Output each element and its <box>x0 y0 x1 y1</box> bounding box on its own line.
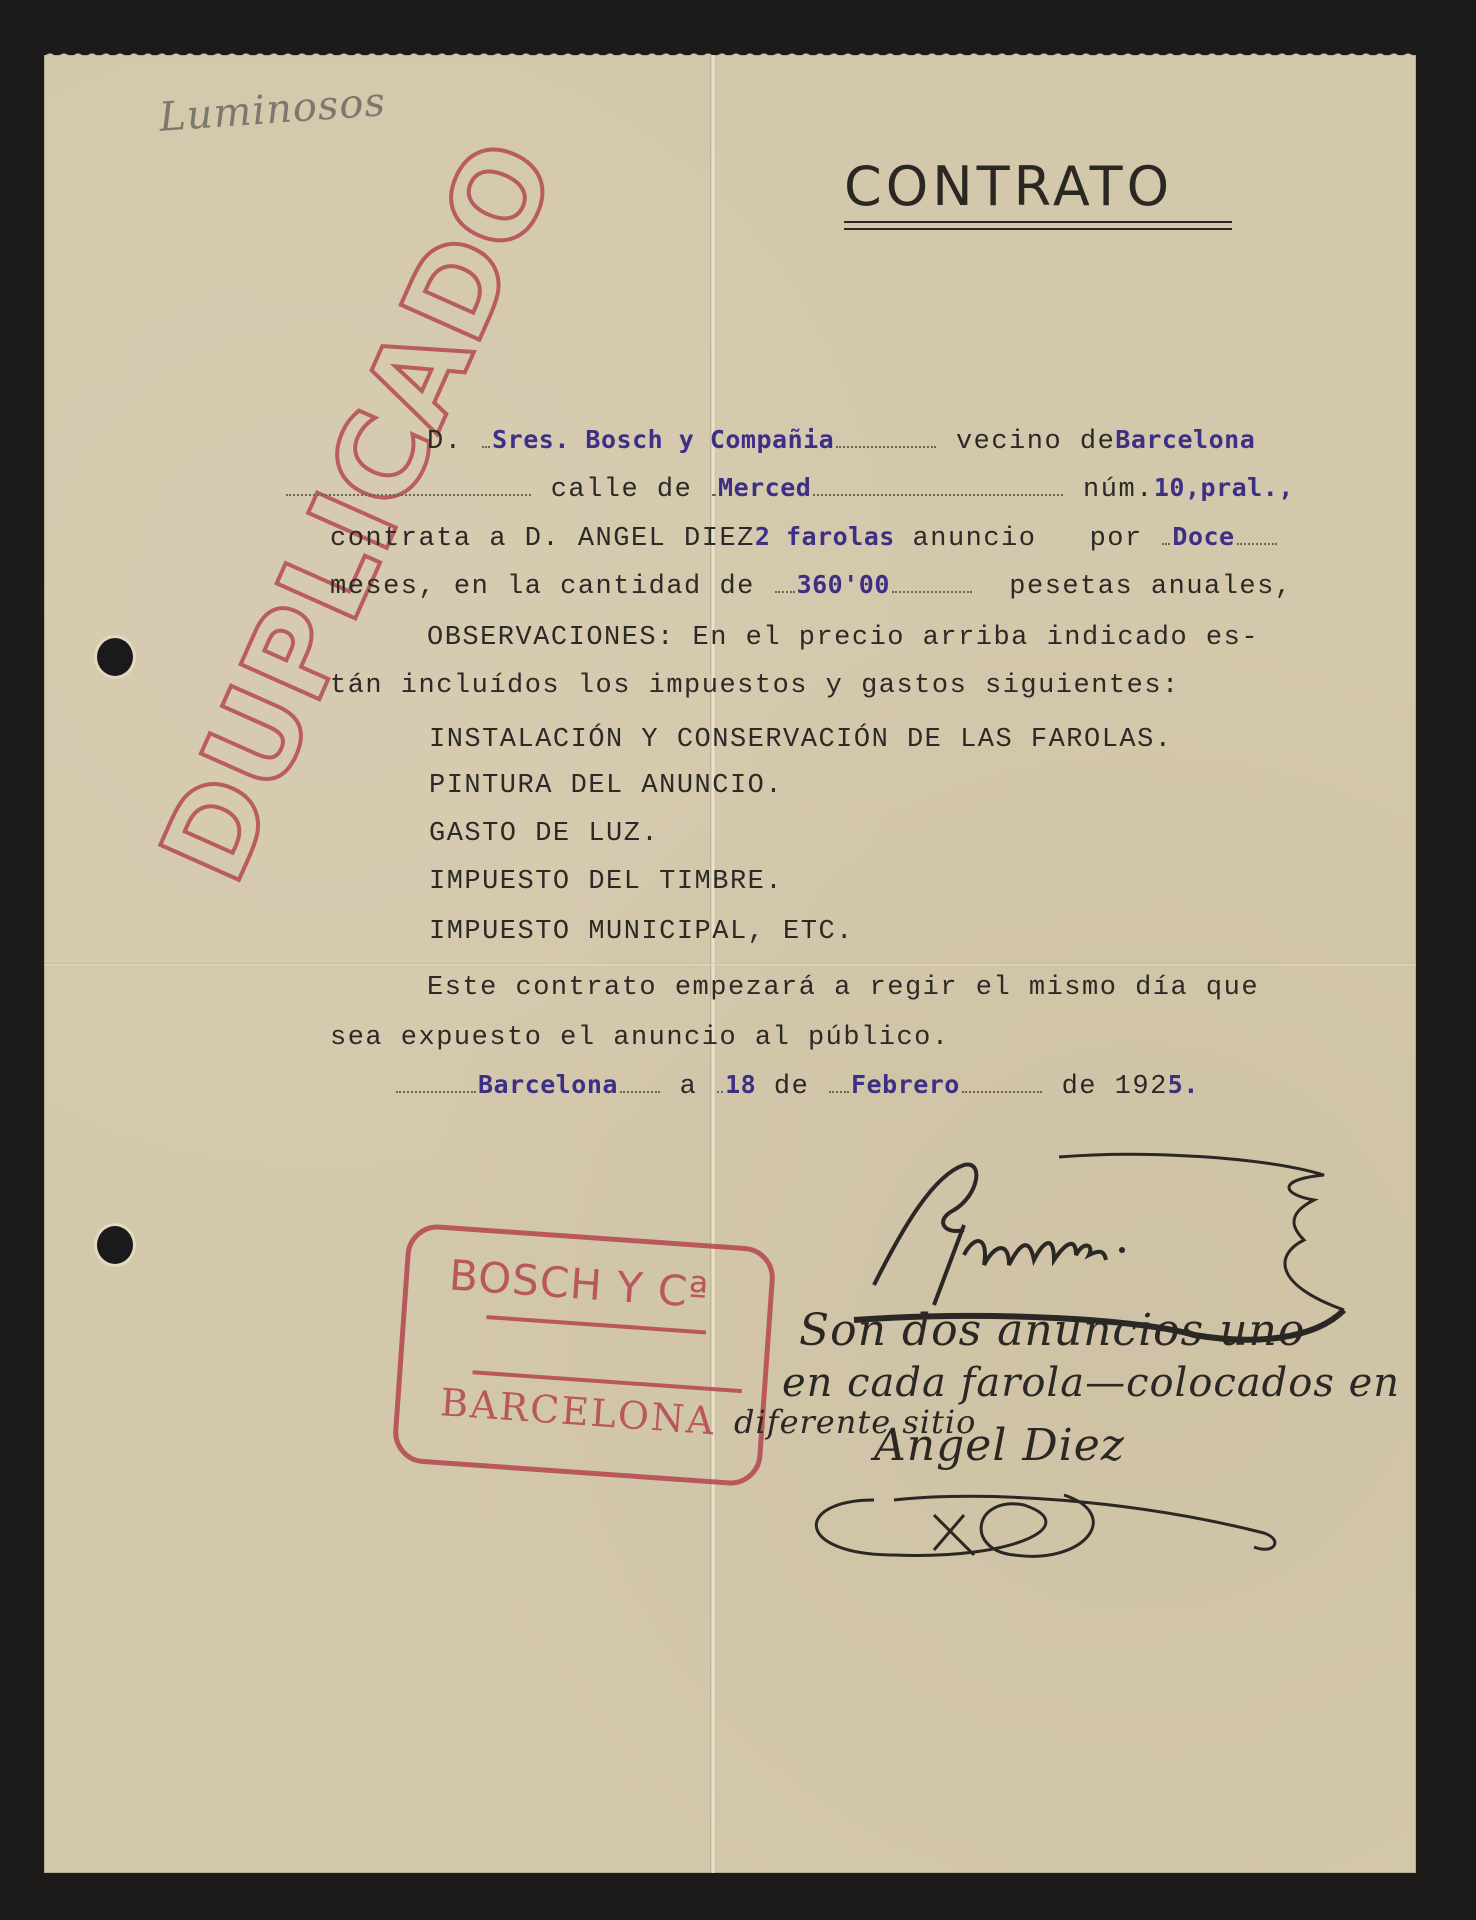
party-name: Sres. Bosch y Compañia <box>492 425 834 454</box>
pencil-annotation: Luminosos <box>158 79 388 141</box>
address-line: calle de Merced núm.10,pral., <box>284 473 1294 505</box>
amount: 360'00 <box>797 570 890 599</box>
de-label: de <box>774 1072 809 1102</box>
resident-label: vecino de <box>956 427 1115 457</box>
company-stamp: BOSCH Y Cª BARCELONA <box>391 1222 777 1487</box>
date-line: Barcelona a 18 de Febrero de 1925. <box>394 1070 1199 1102</box>
number-label: núm. <box>1083 475 1154 505</box>
date-month: Febrero <box>851 1070 960 1099</box>
observations-line-1: OBSERVACIONES: En el precio arriba indic… <box>427 623 1259 653</box>
party-city: Barcelona <box>1115 425 1255 454</box>
document-title: CONTRATO <box>844 155 1173 218</box>
prefix: D. <box>427 427 462 457</box>
months-label: meses, en la cantidad de <box>330 572 755 602</box>
party-line: D. Sres. Bosch y Compañia vecino deBarce… <box>427 425 1255 457</box>
punch-hole-icon <box>97 1226 133 1264</box>
street-number: 10,pral., <box>1154 473 1294 502</box>
handwritten-note-line-1: Son dos anuncios uno <box>799 1305 1305 1356</box>
street-name: Merced <box>718 473 811 502</box>
validity-line-2: sea expuesto el anuncio al público. <box>330 1023 950 1053</box>
observation-item: PINTURA DEL ANUNCIO. <box>429 771 783 801</box>
title-underline <box>844 221 1232 223</box>
year-prefix: de 192 <box>1062 1072 1168 1102</box>
horizontal-fold-line <box>44 963 1416 967</box>
observation-item: GASTO DE LUZ. <box>429 819 659 849</box>
stamp-city: BARCELONA <box>439 1380 717 1443</box>
document-page: Luminosos CONTRATO DUPLICADO D. Sres. Bo… <box>44 55 1416 1873</box>
observation-item: IMPUESTO DEL TIMBRE. <box>429 867 783 897</box>
observation-item: INSTALACIÓN Y CONSERVACIÓN DE LAS FAROLA… <box>429 725 1173 755</box>
currency-label: pesetas anuales, <box>1009 572 1292 602</box>
amount-line: meses, en la cantidad de 360'00 pesetas … <box>330 570 1293 602</box>
year-suffix: 5. <box>1168 1070 1199 1099</box>
contract-line: contrata a D. ANGEL DIEZ2 farolas anunci… <box>330 522 1279 554</box>
punch-hole-icon <box>97 638 133 676</box>
period-label: por <box>1090 524 1143 554</box>
title-underline <box>844 228 1232 230</box>
torn-top-edge <box>44 51 1416 59</box>
handwritten-note-line-2: en cada farola—colocados en <box>782 1360 1400 1406</box>
duplicado-stamp: DUPLICADO <box>134 370 455 894</box>
signature-flourish-icon <box>784 1455 1304 1575</box>
a-label: a <box>680 1072 698 1102</box>
contract-text: contrata a D. ANGEL DIEZ <box>330 524 755 554</box>
observations-line-2: tán incluídos los impuestos y gastos sig… <box>330 671 1180 701</box>
validity-line-1: Este contrato empezará a regir el mismo … <box>427 973 1259 1003</box>
stamp-rule <box>486 1315 706 1334</box>
quantity: 2 farolas <box>755 522 895 551</box>
street-label: calle de <box>551 475 693 505</box>
date-city: Barcelona <box>478 1070 618 1099</box>
stamp-company-name: BOSCH Y Cª <box>448 1250 711 1317</box>
period: Doce <box>1172 522 1234 551</box>
anuncio-label: anuncio <box>913 524 1037 554</box>
date-day: 18 <box>725 1070 756 1099</box>
observation-item: IMPUESTO MUNICIPAL, ETC. <box>429 917 854 947</box>
